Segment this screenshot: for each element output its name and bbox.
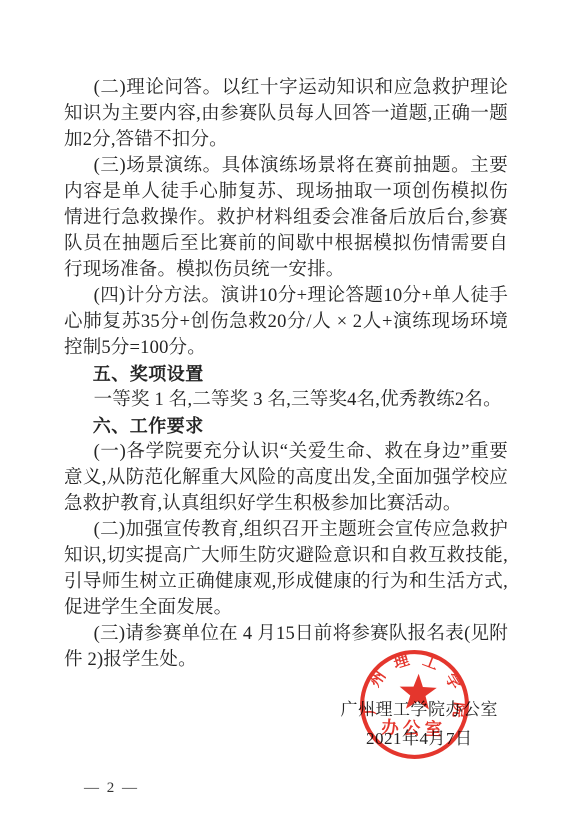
paragraph-requirement-1: (一)各学院要充分认识“关爱生命、救在身边”重要意义,从防范化解重大风险的高度出… (64, 439, 508, 517)
signature-date: 2021年4月7日 (341, 729, 499, 749)
seal-arc-char-4: 学 (441, 670, 466, 694)
heading-work-requirements: 六、工作要求 (64, 413, 508, 439)
paragraph-award-counts: 一等奖 1 名,二等奖 3 名,三等奖4名,优秀教练2名。 (64, 387, 508, 413)
signature-block: 广州理工学院办公室 2021年4月7日 (341, 700, 499, 749)
paragraph-requirement-2: (二)加强宣传教育,组织召开主题班会宣传应急救护知识,切实提高广大师生防灾避险意… (64, 517, 508, 621)
document-page: (二)理论问答。以红十字运动知识和应急救护理论知识为主要内容,由参赛队员每人回答… (0, 0, 585, 828)
signature-office: 广州理工学院办公室 (341, 700, 499, 720)
paragraph-theory-qa: (二)理论问答。以红十字运动知识和应急救护理论知识为主要内容,由参赛队员每人回答… (64, 75, 508, 153)
document-body: (二)理论问答。以红十字运动知识和应急救护理论知识为主要内容,由参赛队员每人回答… (64, 75, 508, 673)
paragraph-requirement-3: (三)请参赛单位在 4 月15日前将参赛队报名表(见附件 2)报学生处。 (64, 621, 508, 673)
heading-awards: 五、奖项设置 (64, 361, 508, 387)
paragraph-scene-drill: (三)场景演练。具体演练场景将在赛前抽题。主要内容是单人徒手心肺复苏、现场抽取一… (64, 153, 508, 283)
paragraph-scoring-method: (四)计分方法。演讲10分+理论答题10分+单人徒手心肺复苏35分+创伤急救20… (64, 283, 508, 361)
page-number: — 2 — (84, 780, 139, 797)
